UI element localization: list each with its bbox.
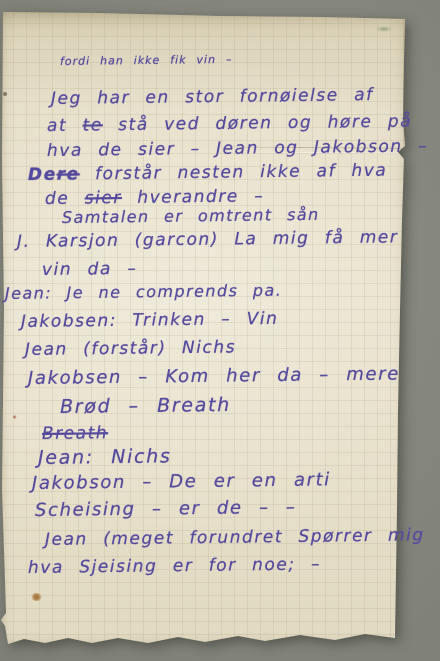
ink-text: Scheising – er de – – bbox=[35, 497, 297, 521]
manuscript-line: Jean: Nichs bbox=[38, 445, 172, 470]
ink-text: Jakobsen – Kom her da – mere bbox=[28, 363, 400, 389]
manuscript-text-layer: fordi han ikke fik vin –Jeg har en stor … bbox=[0, 0, 440, 661]
ink-text: Jeg har en stor fornøielse af bbox=[51, 85, 374, 109]
ink-text: Samtalen er omtrent sån bbox=[62, 205, 320, 227]
manuscript-line: Samtalen er omtrent sån bbox=[62, 205, 320, 228]
ink-text: forstår nesten ikke af hva bbox=[80, 161, 388, 185]
ink-text: De bbox=[28, 165, 57, 185]
ink-text: hva Sjeising er for noe; – bbox=[28, 554, 321, 578]
manuscript-line: Jean: Je ne comprends pa. bbox=[5, 281, 282, 304]
manuscript-line: Brød – Breath bbox=[60, 394, 231, 420]
manuscript-line: Dere forstår nesten ikke af hva bbox=[28, 161, 388, 187]
manuscript-line: Jean (forstår) Nichs bbox=[25, 337, 236, 361]
manuscript-line: Scheising – er de – – bbox=[35, 497, 297, 523]
ink-text: at bbox=[47, 116, 83, 136]
ink-text: fordi han ikke fik vin – bbox=[60, 53, 233, 68]
manuscript-line: Jeg har en stor fornøielse af bbox=[51, 85, 374, 110]
ink-text: hva de sier – Jean og Jakobson – bbox=[47, 136, 428, 161]
manuscript-line: J. Karsjon (garcon) La mig få mer bbox=[17, 227, 399, 253]
struck-ink-text: Breath bbox=[42, 423, 108, 444]
ink-text: Jean (meget forundret Spørrer mig bbox=[45, 525, 425, 550]
struck-ink-text: re bbox=[57, 164, 80, 184]
ink-text: Brød – Breath bbox=[60, 394, 231, 418]
ink-text: J. Karsjon (garcon) La mig få mer bbox=[17, 227, 399, 252]
manuscript-line: Jakobsen: Trinken – Vin bbox=[21, 309, 279, 333]
ink-text: Jean: Nichs bbox=[38, 445, 172, 469]
ink-text: Jakobson – De er en arti bbox=[32, 469, 331, 494]
manuscript-line: Jakobson – De er en arti bbox=[32, 469, 331, 495]
manuscript-line: hva de sier – Jean og Jakobson – bbox=[47, 136, 428, 162]
manuscript-line: Jean (meget forundret Spørrer mig bbox=[45, 525, 425, 551]
manuscript-line: vin da – bbox=[42, 259, 138, 281]
ink-text: Jakobsen: Trinken – Vin bbox=[21, 309, 279, 332]
photo-background: fordi han ikke fik vin –Jeg har en stor … bbox=[0, 0, 440, 661]
manuscript-line: Breath bbox=[42, 423, 108, 445]
ink-text: Jean: Je ne comprends pa. bbox=[5, 281, 282, 303]
manuscript-line: hva Sjeising er for noe; – bbox=[28, 554, 321, 579]
manuscript-line: Jakobsen – Kom her da – mere bbox=[28, 363, 400, 390]
ink-text: Jean (forstår) Nichs bbox=[25, 337, 236, 360]
manuscript-line: at te stå ved døren og høre på bbox=[47, 112, 412, 138]
struck-ink-text: te bbox=[82, 115, 102, 135]
ink-text: stå ved døren og høre på bbox=[103, 112, 413, 136]
ink-text: vin da – bbox=[42, 259, 138, 280]
struck-ink-text: sier bbox=[85, 188, 122, 208]
ink-text: de bbox=[45, 189, 85, 209]
manuscript-line: fordi han ikke fik vin – bbox=[60, 53, 233, 69]
